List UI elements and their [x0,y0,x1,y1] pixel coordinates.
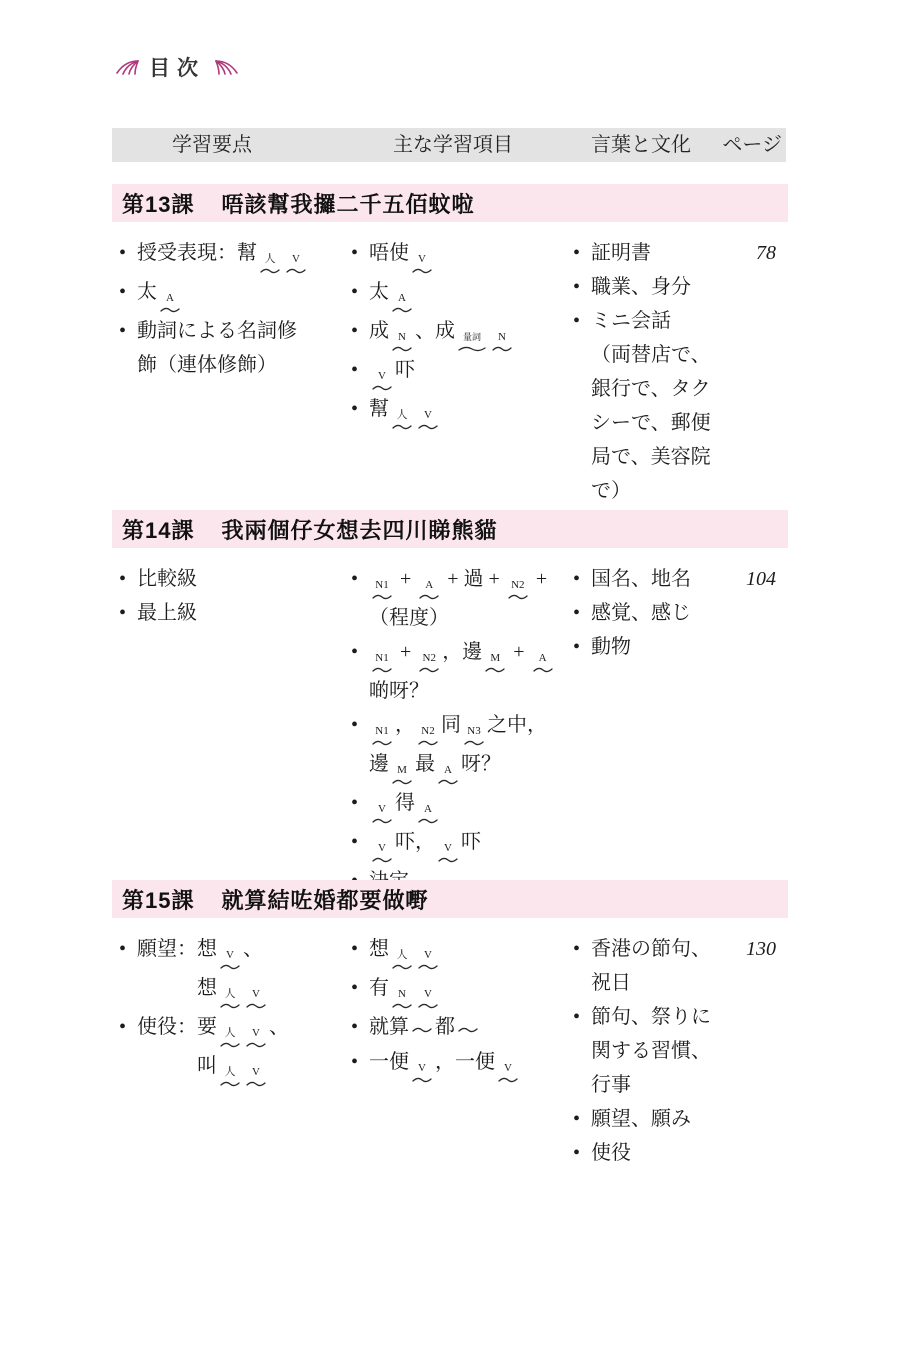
lesson-body: 比較級最上級N1 + A + 過 + N2 +（程度）N1 + N2，邊M + … [118,562,788,898]
toc-item: 授受表現：幫人V [118,236,350,275]
tilde-wave-icon [508,593,528,601]
toc-item: 願望、願み [572,1102,724,1136]
tilde-placeholder [412,1011,432,1045]
tilde-wave-icon [392,1002,412,1010]
toc-item: 太A [350,275,572,314]
tilde-wave-icon [220,1041,240,1049]
lesson-section: 第15課就算結咗婚都要做嘢願望：想V、 想人V使役：要人V、 叫人V想人V有NV… [112,880,788,918]
tilde-wave-icon [372,739,392,747]
tilde-placeholder: V [372,804,392,825]
fleuron-icon [115,58,140,76]
tilde-wave-icon [419,593,439,601]
tilde-wave-icon [220,963,240,971]
lesson-number: 第13課 [122,188,194,219]
header-col-points: 学習要点 [172,128,252,162]
lesson-items-list: N1 + A + 過 + N2 +（程度）N1 + N2，邊M + A啲呀？N1… [350,562,572,898]
table-header-bar: 学習要点 主な学習項目 言葉と文化 ページ [112,128,786,162]
toc-item: 動物 [572,630,724,664]
lesson-title: 就算結咗婚都要做嘢 [221,884,428,915]
tilde-wave-icon [418,817,438,825]
tilde-placeholder: N [392,989,412,1010]
toc-heading: 目次 [115,52,239,82]
lesson-items-list: 唔使V太A成N、成量詞NV吓幫人V [350,236,572,508]
tilde-placeholder: A [419,580,439,601]
tilde-placeholder: 人 [220,1028,240,1049]
toc-item: 唔使V [350,236,572,275]
fleuron-icon [214,58,239,76]
header-col-items: 主な学習項目 [393,128,513,162]
header-col-page: ページ [722,128,782,162]
tilde-wave-icon [220,1080,240,1088]
lesson-body: 願望：想V、 想人V使役：要人V、 叫人V想人V有NV就算都一便V，一便V香港の… [118,932,788,1170]
tilde-wave-icon [372,593,392,601]
toc-item: V得A [350,786,572,825]
lesson-culture-list: 国名、地名感覚、感じ動物 [572,562,724,898]
tilde-wave-icon [458,1026,478,1034]
tilde-wave-icon [492,345,512,353]
lesson-header-bar: 第14課我兩個仔女想去四川睇熊貓 [112,510,788,548]
tilde-placeholder: V [438,843,458,864]
toc-item: N1，N2同N3之中，邊M最A呀？ [350,708,572,786]
toc-item: 願望：想V、 想人V [118,932,350,1010]
lesson-title: 唔該幫我攞二千五佰蚊啦 [221,188,474,219]
tilde-placeholder: A [160,293,180,314]
lesson-items-list: 想人V有NV就算都一便V，一便V [350,932,572,1170]
tilde-placeholder: N2 [418,726,438,747]
tilde-wave-icon [220,1002,240,1010]
tilde-placeholder: N2 [508,580,528,601]
tilde-wave-icon [260,267,280,275]
tilde-placeholder [458,1011,478,1045]
tilde-placeholder: 人 [220,1067,240,1088]
tilde-wave-icon [418,423,438,431]
toc-item: V吓 [350,353,572,392]
toc-item: 職業、身分 [572,270,724,304]
tilde-wave-icon [392,963,412,971]
tilde-placeholder: V [246,1028,266,1049]
toc-item: 想人V [350,932,572,971]
tilde-placeholder: 人 [260,254,280,275]
tilde-placeholder: V [372,371,392,392]
toc-item: 香港の節句、祝日 [572,932,724,1000]
tilde-placeholder: V [498,1063,518,1084]
tilde-wave-icon [438,856,458,864]
header-col-culture: 言葉と文化 [591,128,691,162]
tilde-placeholder: 量詞 [458,332,486,353]
lesson-header-bar: 第15課就算結咗婚都要做嘢 [112,880,788,918]
page-number: 130 [724,932,788,1170]
toc-item: N1 + N2，邊M + A啲呀？ [350,635,572,708]
page-number: 104 [724,562,788,898]
tilde-placeholder: A [438,765,458,786]
toc-item: 最上級 [118,596,350,630]
toc-item: 一便V，一便V [350,1045,572,1084]
toc-item: 節句、祭りに関する習慣、行事 [572,1000,724,1102]
tilde-wave-icon [438,778,458,786]
tilde-wave-icon [464,739,484,747]
toc-item: V吓，V吓 [350,825,572,864]
toc-item: ミニ会話（両替店で、銀行で、タクシーで、郵便局で、美容院で） [572,304,724,508]
tilde-wave-icon [418,1002,438,1010]
lesson-number: 第15課 [122,884,194,915]
tilde-placeholder: 人 [392,410,412,431]
tilde-wave-icon [392,423,412,431]
tilde-wave-icon [412,1026,432,1034]
tilde-wave-icon [246,1080,266,1088]
toc-item: 幫人V [350,392,572,431]
toc-item: 就算都 [350,1010,572,1045]
lesson-points-list: 願望：想V、 想人V使役：要人V、 叫人V [118,932,350,1170]
tilde-wave-icon [246,1002,266,1010]
tilde-placeholder: V [412,1063,432,1084]
tilde-placeholder: V [246,989,266,1010]
toc-item: 動詞による名詞修飾（連体修飾） [118,314,350,382]
tilde-wave-icon [286,267,306,275]
lesson-section: 第13課唔該幫我攞二千五佰蚊啦授受表現：幫人V太A動詞による名詞修飾（連体修飾）… [112,184,788,222]
toc-item: 成N、成量詞N [350,314,572,353]
tilde-placeholder: 人 [392,950,412,971]
tilde-placeholder: A [392,293,412,314]
tilde-placeholder: A [533,653,553,674]
tilde-placeholder: N [392,332,412,353]
lesson-culture-list: 香港の節句、祝日節句、祭りに関する習慣、行事願望、願み使役 [572,932,724,1170]
tilde-wave-icon [419,666,439,674]
tilde-wave-icon [412,267,432,275]
lesson-culture-list: 証明書職業、身分ミニ会話（両替店で、銀行で、タクシーで、郵便局で、美容院で） [572,236,724,508]
tilde-placeholder: V [372,843,392,864]
tilde-placeholder: V [412,254,432,275]
tilde-placeholder: N1 [372,653,392,674]
tilde-wave-icon [418,739,438,747]
toc-item: 太A [118,275,350,314]
toc-item: 比較級 [118,562,350,596]
lesson-points-list: 比較級最上級 [118,562,350,898]
toc-item: 感覚、感じ [572,596,724,630]
tilde-placeholder: V [220,950,240,971]
lesson-number: 第14課 [122,514,194,545]
tilde-wave-icon [485,666,505,674]
page-title: 目次 [149,52,205,82]
tilde-placeholder: 人 [220,989,240,1010]
tilde-wave-icon [418,963,438,971]
toc-item: 使役：要人V、 叫人V [118,1010,350,1088]
tilde-placeholder: N2 [419,653,439,674]
toc-item: 証明書 [572,236,724,270]
tilde-wave-icon [392,306,412,314]
lesson-points-list: 授受表現：幫人V太A動詞による名詞修飾（連体修飾） [118,236,350,508]
lesson-body: 授受表現：幫人V太A動詞による名詞修飾（連体修飾）唔使V太A成N、成量詞NV吓幫… [118,236,788,508]
tilde-placeholder: M [392,765,412,786]
tilde-wave-icon [372,817,392,825]
tilde-placeholder: V [418,989,438,1010]
lesson-title: 我兩個仔女想去四川睇熊貓 [221,514,497,545]
tilde-wave-icon [498,1076,518,1084]
tilde-wave-icon [392,778,412,786]
page-number: 78 [724,236,788,508]
tilde-placeholder: A [418,804,438,825]
tilde-wave-icon [372,856,392,864]
tilde-placeholder: V [418,950,438,971]
tilde-placeholder: N1 [372,726,392,747]
tilde-wave-icon [246,1041,266,1049]
tilde-placeholder: V [418,410,438,431]
lesson-header-bar: 第13課唔該幫我攞二千五佰蚊啦 [112,184,788,222]
tilde-placeholder: N3 [464,726,484,747]
tilde-placeholder: V [286,254,306,275]
lesson-section: 第14課我兩個仔女想去四川睇熊貓比較級最上級N1 + A + 過 + N2 +（… [112,510,788,548]
tilde-placeholder: N1 [372,580,392,601]
tilde-wave-icon [533,666,553,674]
tilde-wave-icon [372,384,392,392]
tilde-wave-icon [372,666,392,674]
tilde-wave-icon [392,345,412,353]
toc-item: N1 + A + 過 + N2 +（程度） [350,562,572,635]
toc-item: 国名、地名 [572,562,724,596]
toc-item: 使役 [572,1136,724,1170]
tilde-placeholder: M [485,653,505,674]
tilde-wave-icon [412,1076,432,1084]
tilde-placeholder: V [246,1067,266,1088]
toc-page: { "page": { "title": "目次" }, "colors": {… [0,0,898,1346]
tilde-placeholder: N [492,332,512,353]
tilde-wave-icon [160,306,180,314]
tilde-wave-icon [458,345,486,353]
toc-item: 有NV [350,971,572,1010]
